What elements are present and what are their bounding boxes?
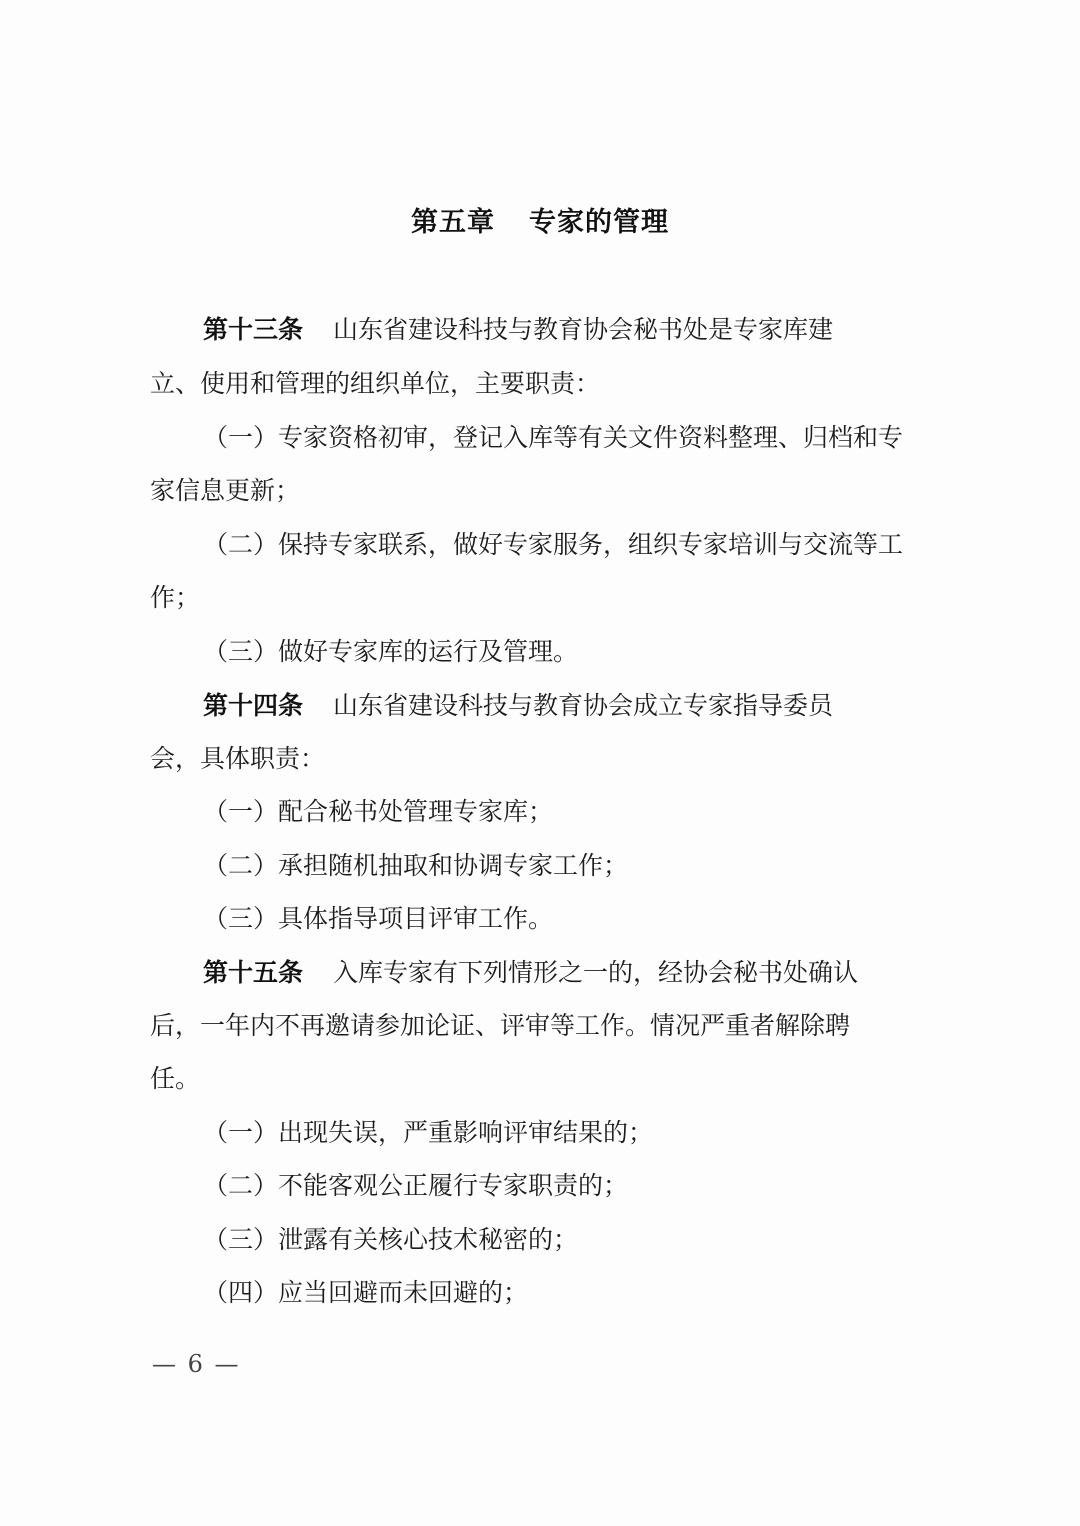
article-13-line-1: 第十三条山东省建设科技与教育协会秘书处是专家库建	[203, 310, 943, 350]
article-13-item-3: （三）做好专家库的运行及管理。	[203, 632, 1003, 672]
article-13-item-2: （二）保持专家联系，做好专家服务，组织专家培训与交流等工	[203, 525, 1003, 565]
article-13-item-1: （一）专家资格初审，登记入库等有关文件资料整理、归档和专	[203, 418, 1003, 458]
chapter-title: 专家的管理	[529, 207, 669, 238]
article-13-item-1-cont: 家信息更新；	[150, 471, 950, 511]
article-14-item-3: （三）具体指导项目评审工作。	[203, 899, 1003, 939]
article-15-label: 第十五条	[203, 958, 303, 987]
article-15-line-1: 第十五条入库专家有下列情形之一的，经协会秘书处确认	[203, 953, 1003, 993]
article-14-item-2: （二）承担随机抽取和协调专家工作；	[203, 846, 1003, 886]
article-15-line-3: 任。	[150, 1059, 950, 1099]
page-number: — 6 —	[152, 1350, 241, 1378]
chapter-heading: 第五章专家的管理	[0, 200, 1080, 239]
article-15-line-2: 后，一年内不再邀请参加论证、评审等工作。情况严重者解除聘	[150, 1006, 950, 1046]
article-13-item-2-cont: 作；	[150, 578, 950, 618]
article-13-line-2: 立、使用和管理的组织单位，主要职责：	[150, 364, 950, 404]
chapter-number: 第五章	[411, 207, 495, 238]
article-14-label: 第十四条	[203, 691, 303, 720]
article-14-line-1: 第十四条山东省建设科技与教育协会成立专家指导委员	[203, 686, 1003, 726]
article-15-item-2: （二）不能客观公正履行专家职责的；	[203, 1166, 1003, 1206]
article-15-item-3: （三）泄露有关核心技术秘密的；	[203, 1220, 1003, 1260]
article-13-label: 第十三条	[203, 315, 303, 344]
article-15-item-1: （一）出现失误，严重影响评审结果的；	[203, 1113, 1003, 1153]
article-14-item-1: （一）配合秘书处管理专家库；	[203, 792, 1003, 832]
article-15-item-4: （四）应当回避而未回避的；	[203, 1273, 1003, 1313]
document-page: 第五章专家的管理 第十三条山东省建设科技与教育协会秘书处是专家库建 立、使用和管…	[0, 0, 1080, 1526]
article-14-line-2: 会，具体职责：	[150, 739, 950, 779]
